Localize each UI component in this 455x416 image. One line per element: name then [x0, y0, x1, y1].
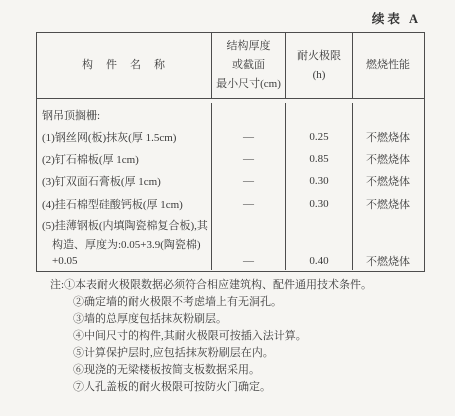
cell-fire-limit-h [286, 103, 353, 126]
cell-fire-limit-h: 0.40 [286, 252, 353, 270]
cell-fire-limit-h: 0.30 [286, 170, 353, 192]
cell-name: (4)挂石棉型硅酸钙板(厚 1cm) [37, 192, 212, 215]
cell-thickness [212, 103, 286, 126]
header-component-name: 构 件 名 称 [37, 33, 212, 98]
cell-name: (1)钢丝网(板)抹灰(厚 1.5cm) [37, 126, 212, 148]
table-row: (1)钢丝网(板)抹灰(厚 1.5cm)—0.25不燃烧体 [37, 126, 424, 148]
table-row: (3)钉双面石膏板(厚 1cm)—0.30不燃烧体 [37, 170, 424, 192]
cell-thickness: — [212, 148, 286, 170]
cell-combustibility: 不燃烧体 [353, 252, 423, 270]
cell-thickness [212, 215, 286, 235]
header-thickness-line1: 结构厚度 [227, 37, 271, 56]
cell-combustibility [353, 103, 423, 126]
cell-thickness [212, 235, 286, 252]
note-line: ③墙的总厚度包括抹灰粉刷层。 [50, 311, 430, 328]
table-row: 钢吊顶搁栅: [37, 103, 424, 126]
cell-thickness: — [212, 192, 286, 215]
cell-combustibility [353, 235, 423, 252]
cell-name: (2)钉石棉板(厚 1cm) [37, 148, 212, 170]
table-row: (4)挂石棉型硅酸钙板(厚 1cm)—0.30不燃烧体 [37, 192, 424, 215]
notes-list: 注:①本表耐火极限数据必须符合相应建筑构、配件通用技术条件。②确定墙的耐火极限不… [50, 277, 430, 396]
cell-combustibility: 不燃烧体 [353, 192, 423, 215]
fire-resistance-table: 构 件 名 称 结构厚度 或截面 最小尺寸(cm) 耐火极限 (h) 燃烧性能 … [36, 32, 425, 272]
cell-combustibility: 不燃烧体 [353, 148, 423, 170]
cell-fire-limit-h [286, 215, 353, 235]
note-line: 注:①本表耐火极限数据必须符合相应建筑构、配件通用技术条件。 [50, 277, 430, 294]
cell-name: 钢吊顶搁栅: [37, 103, 212, 126]
notes-prefix: 注: [50, 279, 64, 291]
cell-combustibility [353, 215, 423, 235]
header-fire-limit-line1: 耐火极限 [297, 47, 341, 66]
table-row: 构造、厚度为:0.05+3.9(陶瓷棉) [37, 235, 424, 252]
cell-thickness: — [212, 170, 286, 192]
cell-thickness: — [212, 126, 286, 148]
cell-fire-limit-h: 0.30 [286, 192, 353, 215]
cell-fire-limit-h [286, 235, 353, 252]
cell-name: (3)钉双面石膏板(厚 1cm) [37, 170, 212, 192]
cell-thickness: — [212, 252, 286, 270]
header-thickness-line3: 最小尺寸(cm) [216, 75, 281, 94]
header-fire-limit-line2: (h) [313, 66, 326, 85]
continued-table-label: 续表 A [372, 9, 421, 27]
document-page: 续表 A 构 件 名 称 结构厚度 或截面 最小尺寸(cm) 耐火极限 (h) … [0, 0, 455, 416]
header-thickness: 结构厚度 或截面 最小尺寸(cm) [212, 33, 286, 98]
table-row: (5)挂薄钢板(内填陶瓷棉复合板),其 [37, 215, 424, 235]
cell-combustibility: 不燃烧体 [353, 126, 423, 148]
table-row: (2)钉石棉板(厚 1cm)—0.85不燃烧体 [37, 148, 424, 170]
note-line: ⑦人孔盖板的耐火极限可按防火门确定。 [50, 379, 430, 396]
table-header-row: 构 件 名 称 结构厚度 或截面 最小尺寸(cm) 耐火极限 (h) 燃烧性能 [37, 33, 424, 99]
header-combustibility: 燃烧性能 [353, 33, 423, 98]
table-body: 钢吊顶搁栅:(1)钢丝网(板)抹灰(厚 1.5cm)—0.25不燃烧体(2)钉石… [37, 99, 424, 270]
cell-combustibility: 不燃烧体 [353, 170, 423, 192]
header-thickness-line2: 或截面 [232, 56, 265, 75]
header-fire-limit: 耐火极限 (h) [286, 33, 353, 98]
cell-fire-limit-h: 0.85 [286, 148, 353, 170]
note-line: ②确定墙的耐火极限不考虑墙上有无洞孔。 [50, 294, 430, 311]
note-line: ⑥现浇的无梁楼板按简支板数据采用。 [50, 362, 430, 379]
note-line: ⑤计算保护层时,应包括抹灰粉刷层在内。 [50, 345, 430, 362]
table-row: +0.05—0.40不燃烧体 [37, 252, 424, 270]
cell-fire-limit-h: 0.25 [286, 126, 353, 148]
note-line: ④中间尺寸的构件,其耐火极限可按插入法计算。 [50, 328, 430, 345]
cell-name: 构造、厚度为:0.05+3.9(陶瓷棉) [37, 235, 212, 252]
cell-name: +0.05 [37, 252, 212, 270]
cell-name: (5)挂薄钢板(内填陶瓷棉复合板),其 [37, 215, 212, 235]
